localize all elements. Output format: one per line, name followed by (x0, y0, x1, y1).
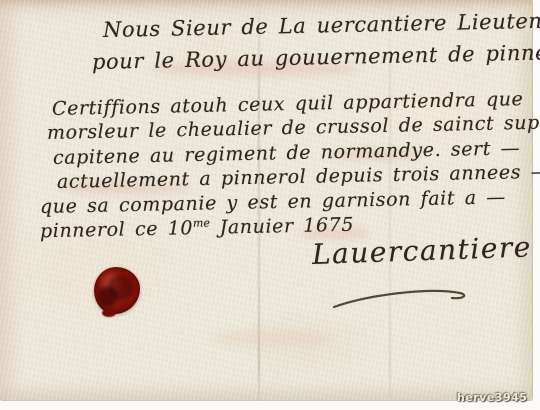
photo-of-document: Nous Sieur de La uercantiere Lieutenent … (0, 0, 540, 410)
signature-flourish (328, 283, 478, 311)
manuscript-paper: Nous Sieur de La uercantiere Lieutenent … (0, 0, 533, 401)
date-line-suffix: Januier 1675 (210, 214, 354, 239)
date-line-prefix: pinnerol ce 10 (40, 217, 194, 242)
photo-watermark: herve3945 (457, 391, 527, 404)
ink-bleed-patch (210, 330, 330, 346)
wax-seal-drip (102, 309, 116, 317)
date-line-superscript: me (193, 216, 210, 229)
